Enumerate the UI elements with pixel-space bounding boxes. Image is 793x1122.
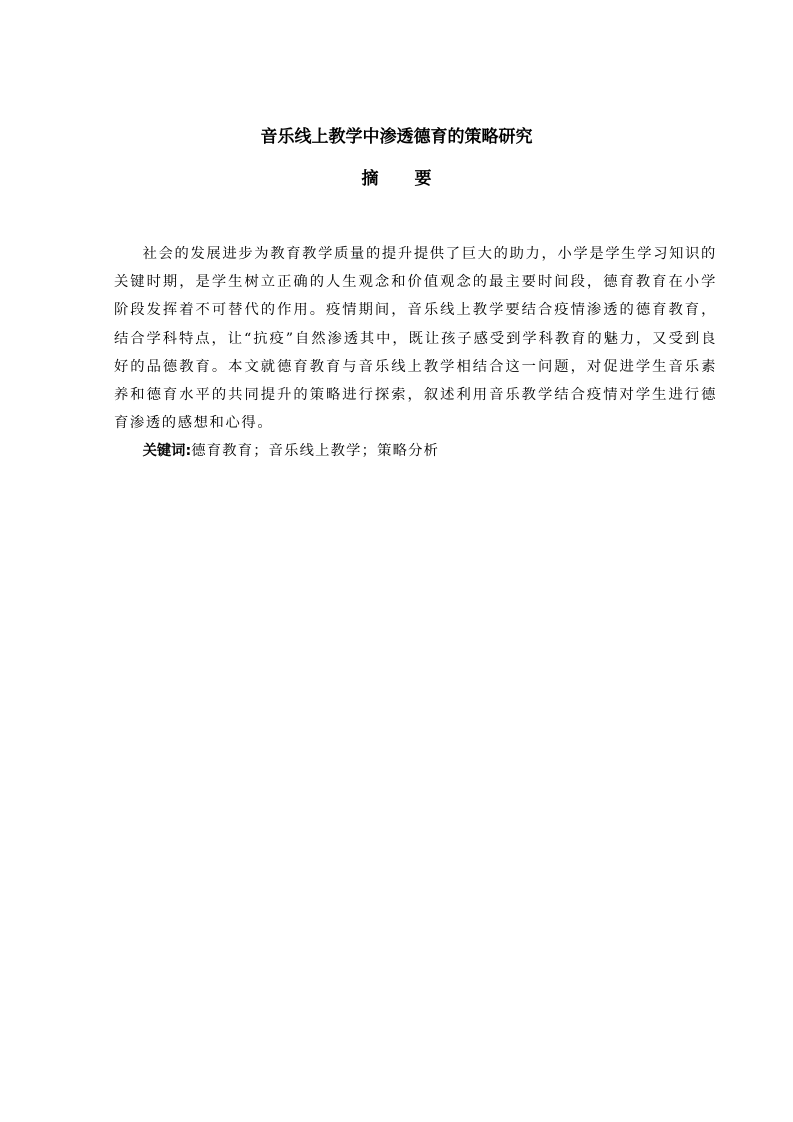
abstract-paragraph: 社会的发展进步为教育教学质量的提升提供了巨大的助力，小学是学生学习知识的关键时期…: [114, 240, 717, 437]
abstract-heading: 摘 要: [0, 164, 793, 189]
keywords-line: 关键词:德育教育；音乐线上教学；策略分析: [114, 437, 717, 465]
keywords-value: 德育教育；音乐线上教学；策略分析: [191, 443, 439, 459]
abstract-heading-char-1: 摘: [362, 164, 379, 189]
document-title: 音乐线上教学中渗透德育的策略研究: [0, 122, 793, 147]
keywords-label: 关键词:: [143, 443, 192, 459]
abstract-heading-char-2: 要: [414, 164, 431, 189]
abstract-body: 社会的发展进步为教育教学质量的提升提供了巨大的助力，小学是学生学习知识的关键时期…: [114, 240, 717, 466]
